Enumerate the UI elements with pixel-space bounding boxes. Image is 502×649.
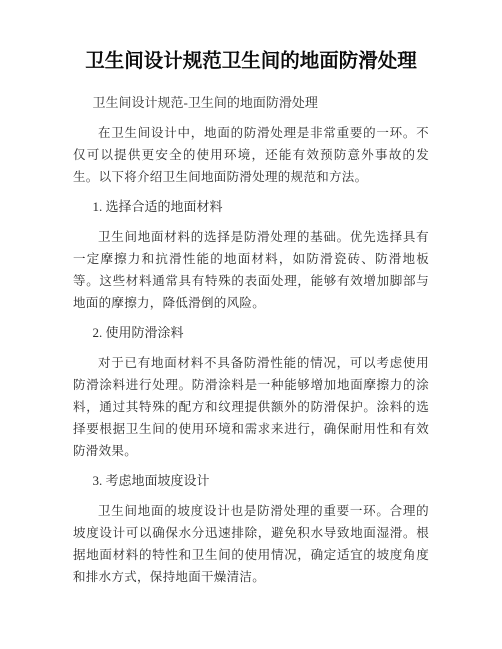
section-1-heading: 1. 选择合适的地面材料 — [73, 196, 429, 218]
intro-paragraph: 在卫生间设计中，地面的防滑处理是非常重要的一环。不仅可以提供更安全的使用环境，还… — [73, 122, 429, 188]
section-1-paragraph: 卫生间地面材料的选择是防滑处理的基础。优先选择具有一定摩擦力和抗滑性能的地面材料… — [73, 226, 429, 314]
section-3-paragraph: 卫生间地面的坡度设计也是防滑处理的重要一环。合理的坡度设计可以确保水分迅速排除，… — [73, 500, 429, 588]
section-2-heading: 2. 使用防滑涂料 — [73, 322, 429, 344]
section-3-heading: 3. 考虑地面坡度设计 — [73, 470, 429, 492]
document-title: 卫生间设计规范卫生间的地面防滑处理 — [73, 48, 429, 76]
document-page: 卫生间设计规范卫生间的地面防滑处理 卫生间设计规范-卫生间的地面防滑处理 在卫生… — [0, 0, 502, 649]
document-subtitle: 卫生间设计规范-卫生间的地面防滑处理 — [73, 92, 429, 114]
section-2-paragraph: 对于已有地面材料不具备防滑性能的情况，可以考虑使用防滑涂料进行处理。防滑涂料是一… — [73, 352, 429, 462]
